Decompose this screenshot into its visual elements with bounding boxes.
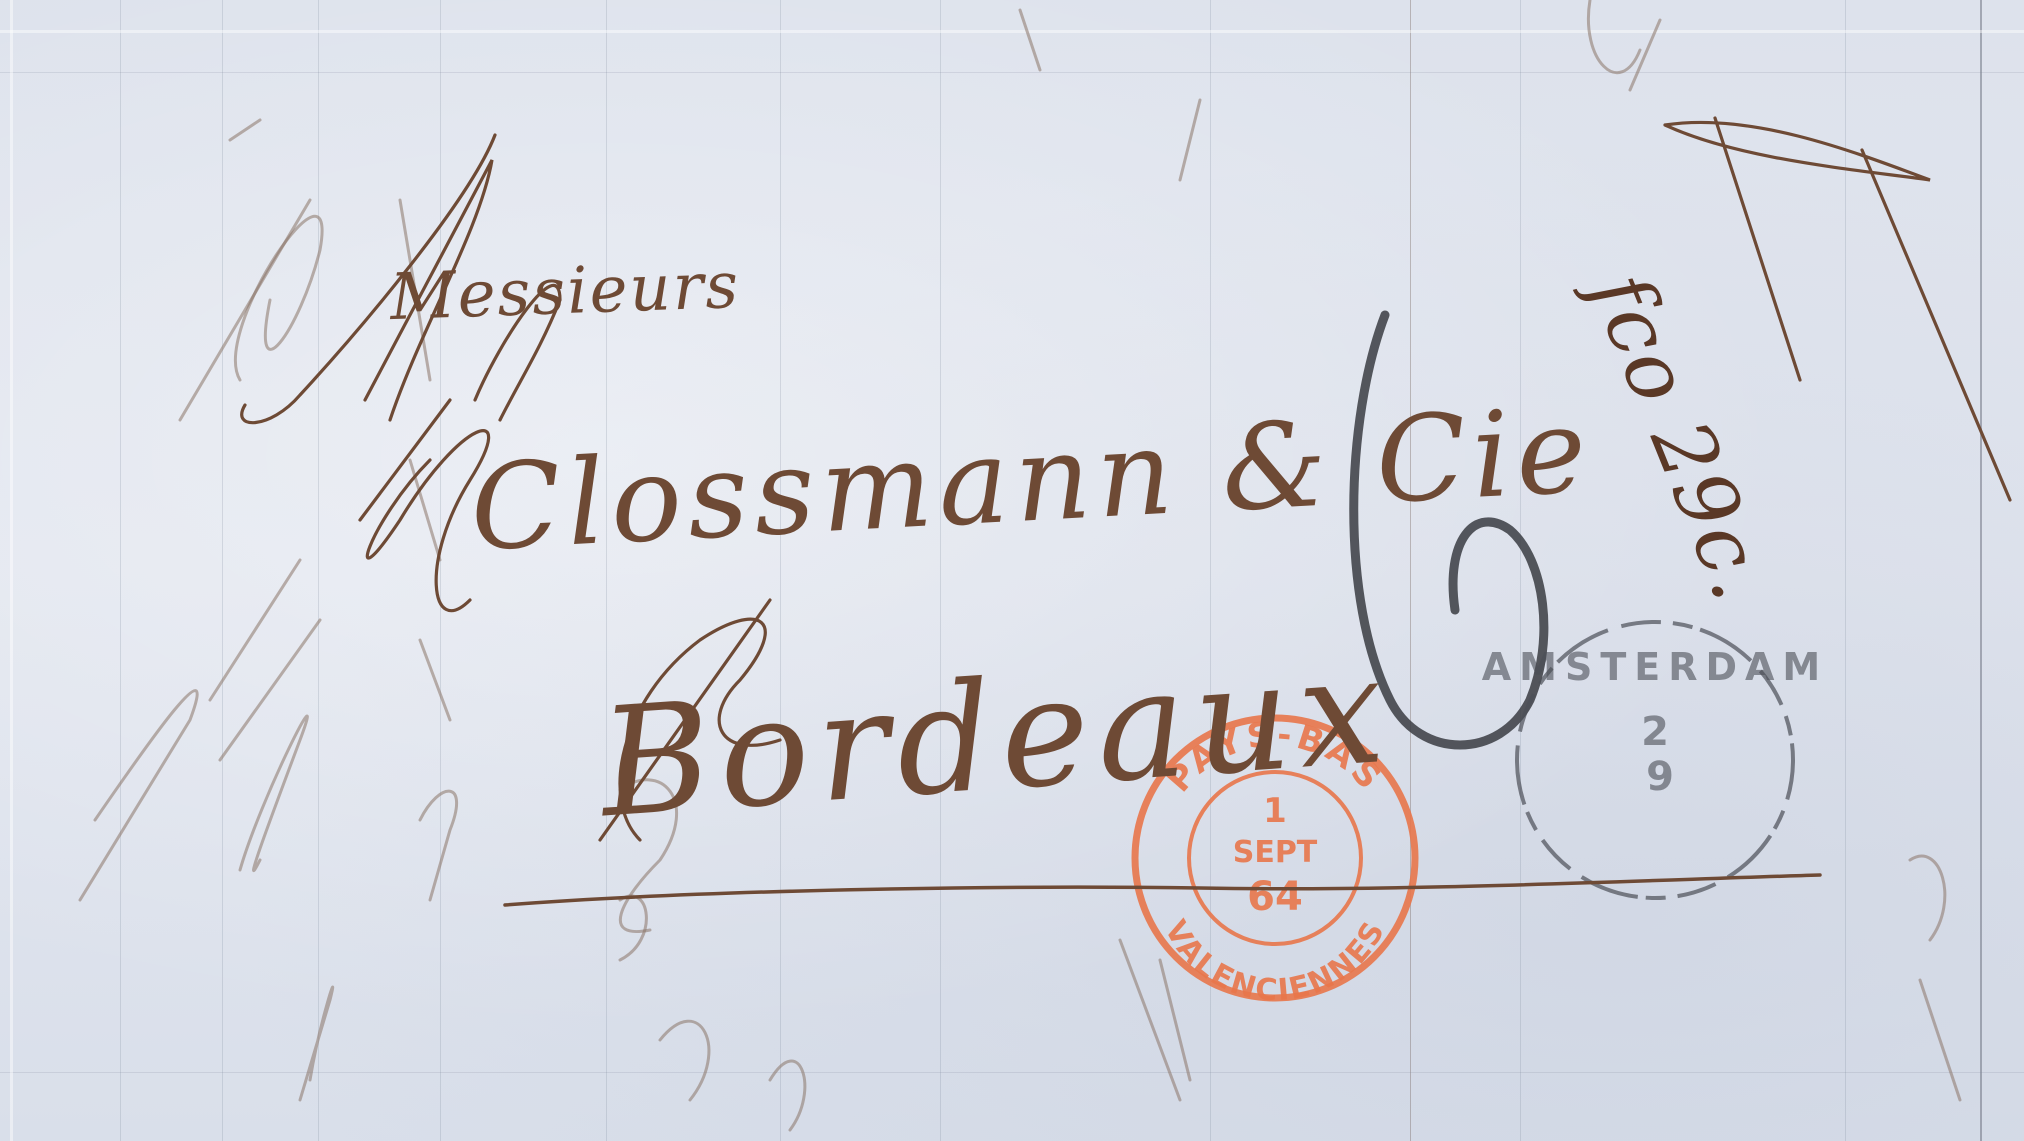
postal-cover: AMSTERDAM 2 9 PAYS-BAS VALENCIENNES 1 SE… (0, 0, 2024, 1141)
amsterdam-postmark-date-2: 9 (1646, 754, 1674, 800)
paysbas-postmark-year: 64 (1247, 874, 1303, 920)
bleed-through-writing (80, 0, 1960, 1130)
paysbas-postmark-month: SEPT (1233, 835, 1318, 870)
address-salutation: Messieurs (389, 249, 741, 335)
amsterdam-postmark-name: AMSTERDAM (1482, 645, 1829, 689)
amsterdam-postmark-date-1: 2 (1641, 709, 1669, 755)
paysbas-postmark-bottom: VALENCIENNES (1157, 915, 1392, 1009)
